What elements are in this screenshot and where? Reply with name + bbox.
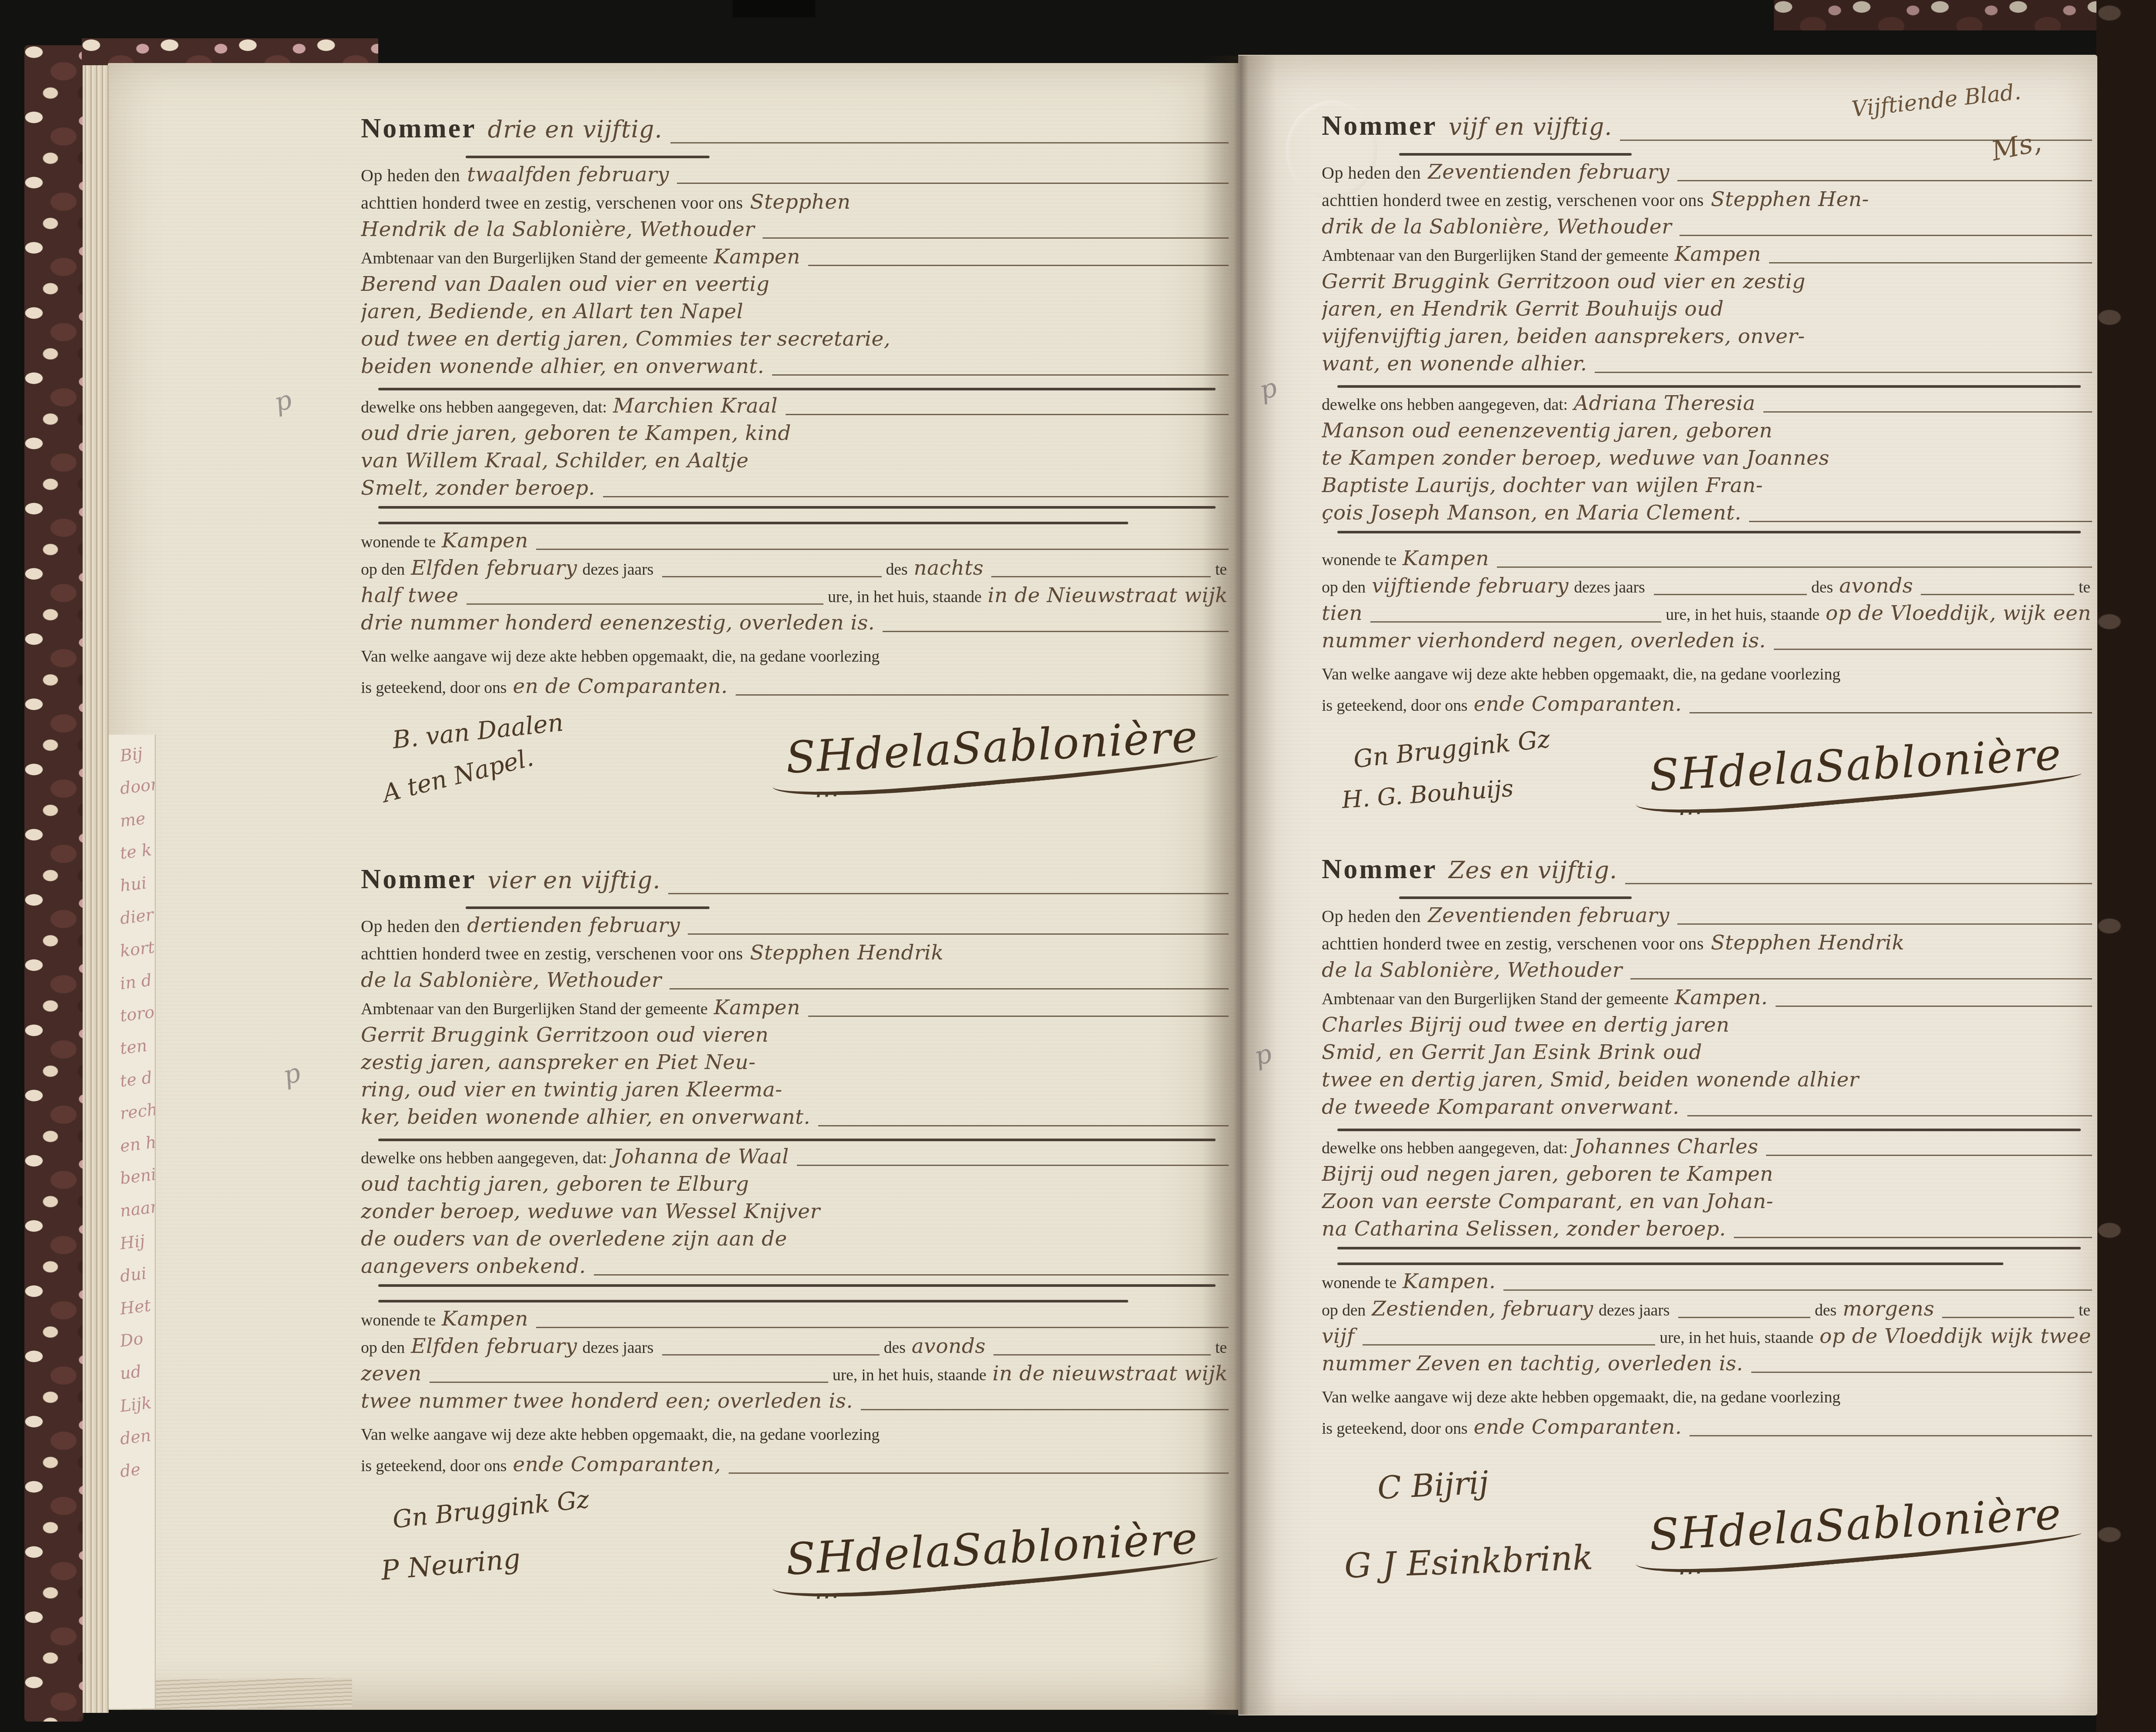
fill-rule [1630, 977, 2092, 979]
printed-text: te [1215, 1338, 1227, 1357]
fill-rule [603, 495, 1229, 497]
handwritten-text: Stepphen Hendrik [750, 941, 944, 965]
fill-rule [786, 413, 1229, 415]
record-line: twee nummer twee honderd een; overleden … [361, 1389, 1233, 1416]
handwritten-text: nummer Zeven en tachtig, overleden is. [1322, 1352, 1743, 1376]
ghost-ink-fragment: door [119, 771, 156, 802]
handwritten-text: vier en vijftig. [488, 866, 661, 894]
handwritten-text: Kampen. [1403, 1269, 1496, 1293]
handwritten-text: Berend van Daalen oud vier en veertig [361, 272, 770, 296]
ghost-ink-fragment: de [119, 1454, 156, 1485]
handwritten-text: op de Vloeddijk, wijk een [1826, 601, 2091, 625]
record-line: Nommervier en vijftig. [361, 863, 1233, 900]
section-rule [378, 388, 1216, 390]
handwritten-text: nachts [914, 556, 984, 580]
printed-text: Nommer [1322, 853, 1437, 885]
handwritten-text: avonds [912, 1334, 986, 1358]
ghost-ink-fragment: kort [119, 934, 156, 964]
section-rule [1399, 153, 1632, 156]
section-rule [378, 506, 1216, 509]
handwritten-text: Elfden february [411, 556, 577, 580]
signature-block: Gn Bruggink GzP NeuringSHdelaSablonière [361, 1480, 1233, 1667]
handwritten-text: Adriana Theresia [1574, 391, 1756, 415]
printed-text: Ambtenaar van den Burgerlijken Stand der… [1322, 989, 1669, 1009]
fill-rule [1497, 566, 2092, 568]
handwritten-text: de la Sablonière, Wethouder [1322, 958, 1623, 982]
record-line: ring, oud vier en twintig jaren Kleerma- [361, 1078, 1233, 1105]
record-line: twee en dertig jaren, Smid, beiden wonen… [1322, 1068, 2096, 1095]
printed-text: ure, in het huis, staande [1666, 605, 1819, 624]
ghost-ink-fragment: ten [119, 1032, 156, 1062]
handwritten-text: de la Sablonière, Wethouder [361, 968, 662, 992]
ghost-ink-fragment: toro [119, 999, 156, 1029]
printed-text: wonende te [361, 1311, 436, 1330]
handwritten-text: vijfenvijftig jaren, beiden aansprekers,… [1322, 324, 1805, 348]
fill-rule [883, 630, 1229, 632]
handwritten-text: half twee [361, 583, 459, 607]
fill-rule [1769, 261, 2092, 263]
fill-rule [1763, 410, 2092, 413]
handwritten-text: Kampen [714, 245, 800, 269]
ghost-ink-fragment: den [119, 1422, 156, 1452]
signature: G J Esinkbrink [1344, 1538, 1594, 1586]
printed-text: Nommer [361, 863, 477, 895]
fill-rule [1776, 1005, 2092, 1007]
printed-text: Op heden den [361, 165, 460, 186]
handwritten-text: Kampen [1675, 242, 1761, 266]
printed-text: des [884, 1338, 906, 1357]
signature: Gn Bruggink Gz [1352, 725, 1552, 773]
ghost-ink-fragment: hui [119, 869, 156, 899]
fill-rule [1677, 179, 2092, 181]
record-line: Op heden denZeventienden february [1322, 903, 2096, 931]
record-line: op denZestienden, februarydezes jaarsdes… [1322, 1297, 2096, 1324]
handwritten-text: te Kampen zonder beroep, weduwe van Joan… [1322, 446, 1829, 470]
handwritten-text: Smid, en Gerrit Jan Esink Brink oud [1322, 1040, 1702, 1064]
record-line: is geteekend, door onsende Comparanten. [1322, 1415, 2096, 1442]
ghost-ink-fragment: Lijk [119, 1389, 156, 1419]
printed-text: Ambtenaar van den Burgerlijken Stand der… [361, 999, 708, 1019]
record-line: Smelt, zonder beroep. [361, 476, 1233, 503]
handwritten-text: zonder beroep, weduwe van Wessel Knijver [361, 1199, 820, 1223]
handwritten-text: oud tachtig jaren, geboren te Elburg [361, 1172, 749, 1196]
fill-rule [818, 1124, 1229, 1126]
record-line: Smid, en Gerrit Jan Esink Brink oud [1322, 1040, 2096, 1068]
handwritten-text: de ouders van de overledene zijn aan de [361, 1227, 787, 1251]
record-line: oud drie jaren, geboren te Kampen, kind [361, 421, 1233, 449]
handwritten-text: Stepphen Hen- [1711, 187, 1869, 211]
fill-rule [1749, 520, 2092, 522]
section-rule [378, 1284, 1216, 1287]
ghost-ink-fragment: te k [119, 836, 156, 867]
printed-text: dezes jaars [1574, 578, 1645, 597]
section-rule [1337, 1247, 2081, 1249]
handwritten-text: oud twee en dertig jaren, Commies ter se… [361, 327, 890, 351]
record-line: Hendrik de la Sablonière, Wethouder [361, 217, 1233, 245]
signature: Gn Bruggink Gz [391, 1485, 591, 1534]
page-fore-edges [83, 65, 109, 1713]
ghost-ink-fragment: recht [119, 1096, 156, 1127]
fill-rule [1921, 593, 2074, 595]
fill-rule [1678, 1316, 1810, 1318]
handwritten-text: jaren, en Hendrik Gerrit Bouhuijs oud [1322, 297, 1724, 321]
record-line: drie nummer honderd eenenzestig, overled… [361, 611, 1233, 638]
book-cover-left-edge [24, 45, 83, 1722]
handwritten-text: Bijrij oud negen jaren, geboren te Kampe… [1322, 1162, 1773, 1186]
record-line: Van welke aangave wij deze akte hebben o… [361, 1425, 1233, 1452]
record-line: Nommervijf en vijftig. [1322, 110, 2096, 147]
ghost-ink-fragment: naar [119, 1194, 156, 1225]
fill-rule [1734, 1236, 2092, 1238]
fill-rule [729, 1472, 1229, 1474]
handwritten-text: Manson oud eenenzeventig jaren, geboren [1322, 419, 1773, 443]
fill-rule [536, 1326, 1229, 1328]
handwritten-text: çois Joseph Manson, en Maria Clement. [1322, 501, 1741, 525]
record-line: Gerrit Bruggink Gerritzoon oud vier en z… [1322, 270, 2096, 297]
record-line: Ambtenaar van den Burgerlijken Stand der… [1322, 242, 2096, 270]
signature-block: C BijrijG J EsinkbrinkSHdelaSablonière [1322, 1442, 2096, 1669]
record-line: dewelke ons hebben aangegeven, dat:March… [361, 394, 1233, 421]
record-line: Baptiste Laurijs, dochter van wijlen Fra… [1322, 473, 2096, 501]
record-line: Ambtenaar van den Burgerlijken Stand der… [1322, 986, 2096, 1013]
record-line: half tweeure, in het huis, staandein de … [361, 583, 1233, 611]
handwritten-text: na Catharina Selissen, zonder beroep. [1322, 1217, 1726, 1241]
handwritten-text: Smelt, zonder beroep. [361, 476, 595, 500]
printed-text: wonende te [361, 533, 436, 552]
printed-text: dewelke ons hebben aangegeven, dat: [1322, 395, 1568, 414]
fill-rule [861, 1408, 1229, 1410]
printed-text: op den [361, 1338, 405, 1357]
fill-rule [736, 693, 1229, 696]
record-line: de la Sablonière, Wethouder [361, 968, 1233, 996]
printed-text: is geteekend, door ons [1322, 1419, 1467, 1438]
section-rule [378, 522, 1128, 524]
record-line: nummer Zeven en tachtig, overleden is. [1322, 1352, 2096, 1379]
record-line: jaren, en Hendrik Gerrit Bouhuijs oud [1322, 297, 2096, 324]
register-scan: Bijdoormete khuidierkortin dtorotente dr… [0, 0, 2156, 1732]
handwritten-text: Zoon van eerste Comparant, en van Johan- [1322, 1189, 1773, 1213]
handwritten-text: Johannes Charles [1574, 1135, 1759, 1159]
ghost-ink-fragment: beni [119, 1162, 156, 1192]
handwritten-text: Stepphen Hendrik [1711, 931, 1905, 955]
handwritten-text: Stepphen [750, 190, 850, 214]
record-line: oud twee en dertig jaren, Commies ter se… [361, 327, 1233, 354]
fill-rule [1370, 620, 1661, 623]
printed-text: des [1815, 1301, 1836, 1320]
record-line: is geteekend, door onsende Comparanten. [1322, 692, 2096, 719]
section-rule [1399, 896, 1632, 899]
handwritten-text: Zeventienden february [1428, 903, 1669, 927]
record-line: Bijrij oud negen jaren, geboren te Kampe… [1322, 1162, 2096, 1189]
printed-text: op den [1322, 1301, 1366, 1320]
record-line: de ouders van de overledene zijn aan de [361, 1227, 1233, 1254]
record-line: jaren, Bediende, en Allart ten Napel [361, 300, 1233, 327]
fill-rule [1677, 923, 2092, 925]
printed-text: Nommer [1322, 110, 1437, 142]
record-line: achttien honderd twee en zestig, versche… [361, 941, 1233, 968]
record-line: drik de la Sablonière, Wethouder [1322, 215, 2096, 242]
handwritten-text: oud drie jaren, geboren te Kampen, kind [361, 421, 791, 445]
handwritten-text: morgens [1843, 1297, 1934, 1321]
record-line: achttien honderd twee en zestig, versche… [1322, 187, 2096, 215]
handwritten-text: twaalfden february [467, 163, 669, 187]
handwritten-text: want, en wonende alhier. [1322, 352, 1587, 376]
handwritten-text: twee nummer twee honderd een; overleden … [361, 1389, 853, 1413]
record-line: Op heden denZeventienden february [1322, 160, 2096, 187]
signature-block: B. van DaalenA ten Napel.SHdelaSablonièr… [361, 702, 1233, 813]
handwritten-text: vijf en vijftig. [1449, 113, 1613, 140]
printed-text: ure, in het huis, staande [828, 587, 982, 606]
printed-text: Van welke aangave wij deze akte hebben o… [361, 1425, 880, 1444]
ghost-ink-fragment: me [119, 804, 156, 834]
record-line: de tweede Komparant onverwant. [1322, 1095, 2096, 1122]
fill-rule [670, 987, 1229, 989]
record-line: Berend van Daalen oud vier en veertig [361, 272, 1233, 300]
ghost-ink-fragment: in d [119, 966, 156, 997]
fill-rule [662, 575, 882, 577]
handwritten-text: Marchien Kraal [613, 394, 778, 418]
record-line: achttien honderd twee en zestig, versche… [1322, 931, 2096, 958]
ghost-ink-fragment: Hij [119, 1226, 156, 1257]
fill-rule [991, 575, 1211, 577]
signature: SHdelaSablonière [1648, 1488, 2063, 1561]
handwritten-text: avonds [1839, 574, 1913, 598]
handwritten-text: vijf [1322, 1324, 1355, 1348]
record-line: achttien honderd twee en zestig, versche… [361, 190, 1233, 217]
record-line: van Willem Kraal, Schilder, en Aaltje [361, 449, 1233, 476]
handwritten-text: beiden wonende alhier, en onverwant. [361, 354, 764, 378]
handwritten-text: Gerrit Bruggink Gerritzoon oud vieren [361, 1023, 769, 1047]
printed-text: dezes jaars [583, 560, 653, 579]
signature: SHdelaSablonière [784, 711, 1199, 783]
handwritten-text: ker, beiden wonende alhier, en onverwant… [361, 1105, 810, 1129]
fill-rule [677, 182, 1229, 184]
record-line: Ambtenaar van den Burgerlijken Stand der… [361, 245, 1233, 272]
section-rule [1337, 1129, 2081, 1131]
record-line: wonende teKampen [1322, 546, 2096, 574]
handwritten-text: Charles Bijrij oud twee en dertig jaren [1322, 1013, 1729, 1037]
printed-text: is geteekend, door ons [1322, 696, 1467, 715]
record-line: wonende teKampen. [1322, 1269, 2096, 1297]
printed-text: ure, in het huis, staande [833, 1366, 986, 1385]
handwritten-text: Hendrik de la Sablonière, Wethouder [361, 217, 755, 241]
record-line: want, en wonende alhier. [1322, 352, 2096, 379]
record-line: NommerZes en vijftig. [1322, 853, 2096, 890]
section-rule [1337, 385, 2081, 388]
handwritten-text: Kampen [1403, 546, 1489, 570]
signature-block: Gn Bruggink GzH. G. BouhuijsSHdelaSablon… [1322, 719, 2096, 822]
signature: B. van Daalen [391, 709, 565, 755]
fill-rule [772, 373, 1229, 376]
ghost-ink-fragment: dui [119, 1259, 156, 1289]
fill-rule [1774, 648, 2092, 650]
fill-rule [1620, 139, 2092, 141]
fill-rule [808, 264, 1229, 266]
record-line: Manson oud eenenzeventig jaren, geboren [1322, 419, 2096, 446]
fill-rule [797, 1164, 1229, 1166]
printed-text: is geteekend, door ons [361, 1456, 507, 1476]
record-line: dewelke ons hebben aangegeven, dat:Johan… [1322, 1135, 2096, 1162]
handwritten-text: vijftiende february [1372, 574, 1569, 598]
record-line: Van welke aangave wij deze akte hebben o… [1322, 665, 2096, 692]
record-line: op denElfden februarydezes jaarsdesnacht… [361, 556, 1233, 583]
record-line: zestig jaren, aanspreker en Piet Neu- [361, 1050, 1233, 1078]
printed-text: achttien honderd twee en zestig, versche… [361, 193, 743, 213]
record-line: oud tachtig jaren, geboren te Elburg [361, 1172, 1233, 1199]
signature: C Bijrij [1376, 1464, 1490, 1506]
printed-text: dewelke ons hebben aangegeven, dat: [1322, 1139, 1568, 1158]
signature: H. G. Bouhuijs [1341, 774, 1514, 813]
record-line: de la Sablonière, Wethouder [1322, 958, 2096, 986]
record-line: zevenure, in het huis, staandein de nieu… [361, 1362, 1233, 1389]
signature: SHdelaSablonière [784, 1512, 1199, 1585]
death-record-54: Nommervier en vijftig.Op heden dendertie… [361, 863, 1233, 1706]
handwritten-text: Elfden february [411, 1334, 577, 1358]
ghost-ink-fragment: dier [119, 901, 156, 932]
fill-rule [536, 548, 1229, 550]
printed-text: Nommer [361, 112, 477, 144]
record-line: wonende teKampen [361, 529, 1233, 556]
record-line: Op heden dentwaalfden february [361, 163, 1233, 190]
fill-rule [1679, 234, 2092, 236]
signature: SHdelaSablonière [1648, 729, 2063, 801]
record-line: wonende teKampen [361, 1307, 1233, 1334]
handwritten-text: Gerrit Bruggink Gerritzoon oud vier en z… [1322, 270, 1806, 293]
ghost-ink-fragment: ud [119, 1356, 156, 1387]
fill-rule [1751, 1371, 2092, 1373]
printed-text: des [1811, 578, 1833, 597]
fill-rule [1363, 1343, 1656, 1346]
printed-text: Op heden den [1322, 906, 1421, 926]
record-line: çois Joseph Manson, en Maria Clement. [1322, 501, 2096, 528]
printed-text: te [2079, 578, 2090, 597]
handwritten-text: de tweede Komparant onverwant. [1322, 1095, 1679, 1119]
record-line: is geteekend, door onsende Comparanten, [361, 1452, 1233, 1480]
record-line: Nommerdrie en vijftig. [361, 112, 1233, 150]
record-line: op denvijftiende februarydezes jaarsdesa… [1322, 574, 2096, 601]
printed-text: Ambtenaar van den Burgerlijken Stand der… [361, 249, 708, 268]
handwritten-text: ring, oud vier en twintig jaren Kleerma- [361, 1078, 782, 1102]
handwritten-text: op de Vloeddijk wijk twee [1819, 1324, 2091, 1348]
printed-text: wonende te [1322, 1273, 1396, 1292]
record-line: is geteekend, door onsen de Comparanten. [361, 674, 1233, 702]
record-line: aangevers onbekend. [361, 1254, 1233, 1282]
record-line: Ambtenaar van den Burgerlijken Stand der… [361, 996, 1233, 1023]
record-line: vijfure, in het huis, staandeop de Vloed… [1322, 1324, 2096, 1352]
printed-text: dewelke ons hebben aangegeven, dat: [361, 1149, 607, 1168]
printed-text: dewelke ons hebben aangegeven, dat: [361, 398, 607, 417]
section-rule [1337, 1262, 2004, 1265]
section-rule [1337, 531, 2081, 533]
record-line: nummer vierhonderd negen, overleden is. [1322, 629, 2096, 656]
handwritten-text: Johanna de Waal [613, 1145, 789, 1169]
printed-text: op den [1322, 578, 1366, 597]
printed-text: is geteekend, door ons [361, 678, 507, 697]
handwritten-text: Zes en vijftig. [1449, 856, 1617, 884]
printed-text: Van welke aangave wij deze akte hebben o… [1322, 1388, 1840, 1407]
printed-text: achttien honderd twee en zestig, versche… [361, 943, 743, 964]
handwritten-text: Kampen [442, 529, 528, 553]
ghost-ink-fragment: en h [119, 1129, 156, 1159]
fill-rule [1654, 593, 1807, 595]
printed-text: dezes jaars [1599, 1301, 1669, 1320]
ghost-ink-fragment: Het [119, 1292, 156, 1322]
fill-rule [668, 892, 1229, 894]
ghost-ink-fragment: Bij [119, 739, 156, 769]
printed-text: te [1215, 560, 1227, 579]
handwritten-text: in de nieuwstraat wijk [993, 1362, 1228, 1386]
handwritten-text: Zestienden, february [1372, 1297, 1593, 1321]
handwritten-text: van Willem Kraal, Schilder, en Aaltje [361, 449, 749, 473]
printed-text: dezes jaars [583, 1338, 653, 1357]
record-line: ker, beiden wonende alhier, en onverwant… [361, 1105, 1233, 1132]
handwritten-text: Kampen [714, 996, 800, 1019]
fill-rule [1766, 1154, 2092, 1156]
fill-rule [993, 1353, 1211, 1356]
handwritten-text: en de Comparanten. [513, 674, 727, 698]
printed-text: te [2079, 1301, 2090, 1320]
section-rule [378, 1139, 1216, 1141]
fill-rule [1595, 371, 2092, 373]
record-line: Zoon van eerste Comparant, en van Johan- [1322, 1189, 2096, 1217]
record-line: na Catharina Selissen, zonder beroep. [1322, 1217, 2096, 1244]
record-line: vijfenvijftig jaren, beiden aansprekers,… [1322, 324, 2096, 352]
record-line: beiden wonende alhier, en onverwant. [361, 354, 1233, 382]
fill-rule [594, 1273, 1229, 1276]
handwritten-text: zeven [361, 1362, 422, 1386]
handwritten-text: Kampen. [1675, 986, 1768, 1009]
printed-text: Ambtenaar van den Burgerlijken Stand der… [1322, 246, 1669, 265]
fill-rule [808, 1015, 1229, 1017]
handwritten-text: nummer vierhonderd negen, overleden is. [1322, 629, 1766, 653]
record-line: op denElfden februarydezes jaarsdesavond… [361, 1334, 1233, 1362]
book-cover-right-edge [2096, 0, 2156, 1732]
death-record-53: Nommerdrie en vijftig.Op heden dentwaalf… [361, 112, 1233, 863]
handwritten-text: ende Comparanten. [1473, 692, 1682, 716]
handwritten-text: jaren, Bediende, en Allart ten Napel [361, 300, 743, 323]
death-record-56: NommerZes en vijftig.Op heden denZeventi… [1322, 853, 2096, 1705]
handwritten-text: drie nummer honderd eenenzestig, overled… [361, 611, 875, 635]
handwritten-text: in de Nieuwstraat wijk [988, 583, 1228, 607]
handwritten-text: Baptiste Laurijs, dochter van wijlen Fra… [1322, 473, 1763, 497]
fill-rule [1687, 1114, 2092, 1116]
handwritten-text: ende Comparanten. [1473, 1415, 1682, 1439]
record-line: Charles Bijrij oud twee en dertig jaren [1322, 1013, 2096, 1040]
printed-text: achttien honderd twee en zestig, versche… [1322, 190, 1704, 210]
handwritten-text: ende Comparanten, [513, 1452, 721, 1476]
handwritten-text: Zeventienden february [1428, 160, 1669, 184]
handwritten-text: Kampen [442, 1307, 528, 1331]
record-line: zonder beroep, weduwe van Wessel Knijver [361, 1199, 1233, 1227]
ghost-ink-fragment: Do [119, 1324, 156, 1355]
record-line: dewelke ons hebben aangegeven, dat:Johan… [361, 1145, 1233, 1172]
record-line: Van welke aangave wij deze akte hebben o… [1322, 1388, 2096, 1415]
handwritten-text: drie en vijftig. [488, 116, 663, 143]
background-notch [733, 0, 815, 17]
record-line: dewelke ons hebben aangegeven, dat:Adria… [1322, 391, 2096, 419]
handwritten-text: aangevers onbekend. [361, 1254, 586, 1278]
printed-text: Op heden den [1322, 163, 1421, 183]
signature: P Neuring [380, 1542, 522, 1586]
handwritten-text: zestig jaren, aanspreker en Piet Neu- [361, 1050, 756, 1074]
handwritten-text: tien [1322, 601, 1363, 625]
printed-text: des [886, 560, 908, 579]
fill-rule [763, 236, 1229, 239]
record-line: tienure, in het huis, staandeop de Vloed… [1322, 601, 2096, 629]
printed-text: op den [361, 560, 405, 579]
fill-rule [1689, 1434, 2092, 1436]
handwritten-text: twee en dertig jaren, Smid, beiden wonen… [1322, 1068, 1859, 1092]
